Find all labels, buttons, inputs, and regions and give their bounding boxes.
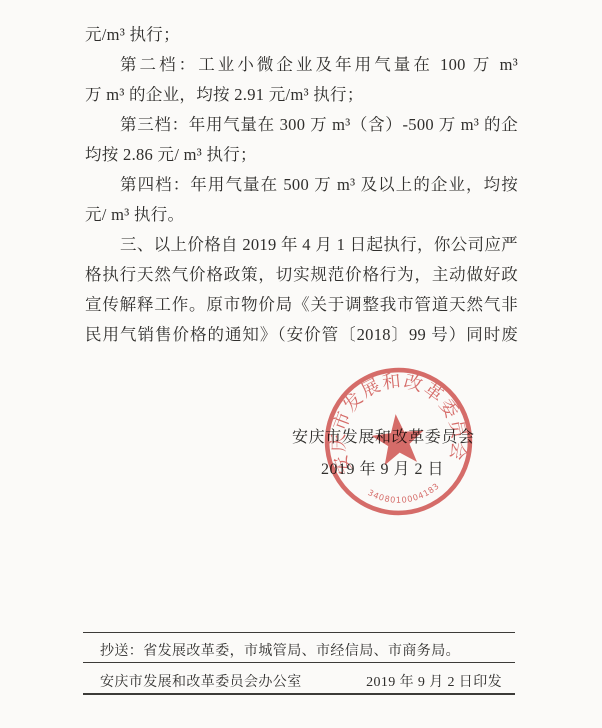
footer-issuer: 安庆市发展和改革委员会办公室 xyxy=(100,671,302,691)
footer-rule-top xyxy=(83,632,515,633)
body-line: 均按 2.86 元/ m³ 执行； xyxy=(85,140,518,170)
body-line: 万 m³ 的企业，均按 2.91 元/m³ 执行； xyxy=(85,80,518,110)
document-body: 元/m³ 执行； 第二档：工业小微企业及年用气量在 100 万 m³（含）-30… xyxy=(85,20,518,350)
star-icon xyxy=(370,411,427,466)
body-line: 民用气销售价格的通知》（安价管〔2018〕99 号）同时废止。 xyxy=(85,320,518,350)
official-seal: 安庆市发展和改革委员会 3408010004183 xyxy=(314,357,482,525)
footer-print-date: 2019 年 9 月 2 日印发 xyxy=(366,671,502,691)
body-line: 格执行天然气价格政策，切实规范价格行为，主动做好政策 xyxy=(85,260,518,290)
body-line: 三、以上价格自 2019 年 4 月 1 日起执行，你公司应严 xyxy=(85,230,518,260)
footer-rule-middle xyxy=(83,662,515,663)
body-line: 元/m³ 执行； xyxy=(85,20,518,50)
body-line: 第二档：工业小微企业及年用气量在 100 万 m³（含）-300 xyxy=(85,50,518,80)
footer-cc-line: 抄送：省发展改革委，市城管局、市经信局、市商务局。 xyxy=(100,640,460,660)
footer-rule-bottom xyxy=(83,693,515,695)
body-line: 第三档：年用气量在 300 万 m³（含）-500 万 m³ 的企业， xyxy=(85,110,518,140)
body-line: 宣传解释工作。原市物价局《关于调整我市管道天然气非居 xyxy=(85,290,518,320)
scanned-notice-page: 元/m³ 执行； 第二档：工业小微企业及年用气量在 100 万 m³（含）-30… xyxy=(0,0,602,728)
body-line: 元/ m³ 执行。 xyxy=(85,200,518,230)
body-line: 第四档：年用气量在 500 万 m³ 及以上的企业，均按 2.81 xyxy=(85,170,518,200)
